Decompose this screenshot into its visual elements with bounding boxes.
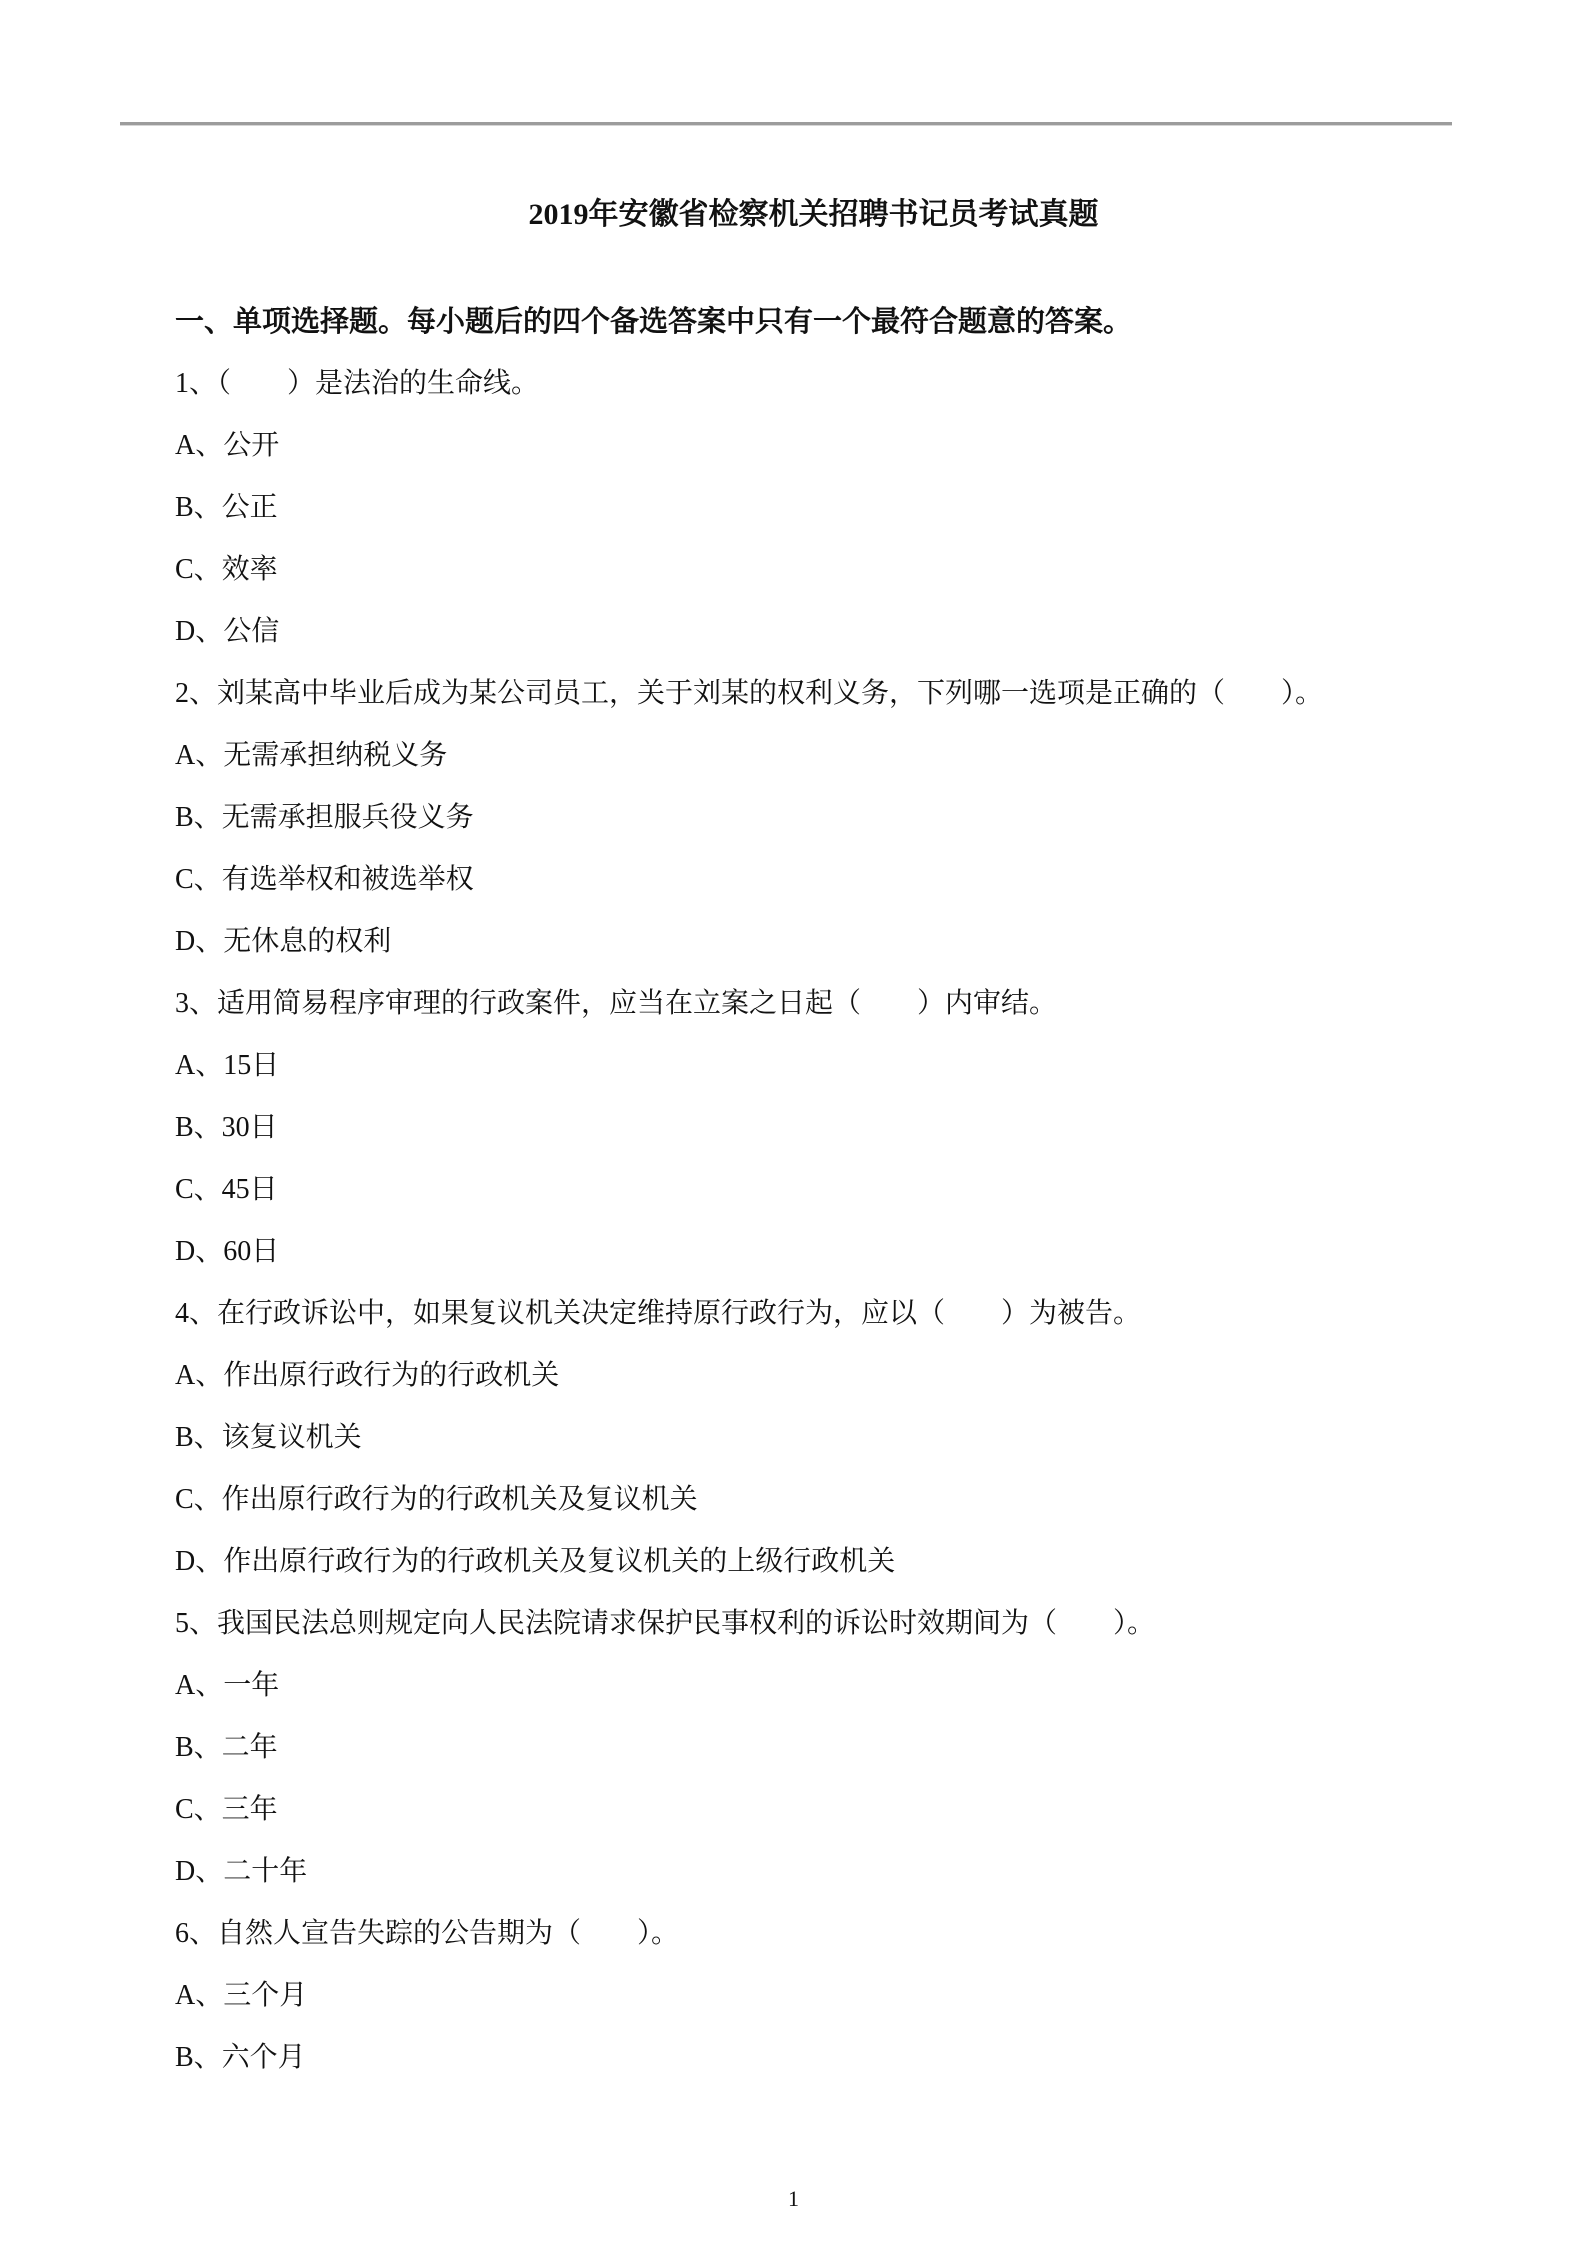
question-block: 1、（ ）是法治的生命线。A、公开B、公正C、效率D、公信 xyxy=(175,367,1452,649)
option-text: A、公开 xyxy=(175,429,1452,463)
document-page: 2019年安徽省检察机关招聘书记员考试真题 一、单项选择题。每小题后的四个备选答… xyxy=(0,0,1587,2245)
header-divider-rule xyxy=(120,122,1452,126)
option-text: D、无休息的权利 xyxy=(175,925,1452,959)
question-text: 3、适用简易程序审理的行政案件，应当在立案之日起（ ）内审结。 xyxy=(175,987,1452,1021)
option-text: B、30日 xyxy=(175,1111,1452,1145)
option-text: D、二十年 xyxy=(175,1855,1452,1889)
question-text: 2、刘某高中毕业后成为某公司员工，关于刘某的权利义务，下列哪一选项是正确的（ ）… xyxy=(175,677,1452,711)
option-text: C、三年 xyxy=(175,1793,1452,1827)
question-block: 2、刘某高中毕业后成为某公司员工，关于刘某的权利义务，下列哪一选项是正确的（ ）… xyxy=(175,677,1452,959)
option-text: A、三个月 xyxy=(175,1979,1452,2013)
option-text: C、有选举权和被选举权 xyxy=(175,863,1452,897)
document-content: 2019年安徽省检察机关招聘书记员考试真题 一、单项选择题。每小题后的四个备选答… xyxy=(0,0,1587,2075)
option-text: D、60日 xyxy=(175,1235,1452,1269)
option-text: B、无需承担服兵役义务 xyxy=(175,801,1452,835)
question-block: 4、在行政诉讼中，如果复议机关决定维持原行政行为，应以（ ）为被告。A、作出原行… xyxy=(175,1297,1452,1579)
option-text: D、作出原行政行为的行政机关及复议机关的上级行政机关 xyxy=(175,1545,1452,1579)
option-text: B、六个月 xyxy=(175,2041,1452,2075)
page-number: 1 xyxy=(0,2186,1587,2212)
option-text: A、无需承担纳税义务 xyxy=(175,739,1452,773)
question-block: 6、自然人宣告失踪的公告期为（ ）。A、三个月B、六个月 xyxy=(175,1917,1452,2075)
option-text: A、15日 xyxy=(175,1049,1452,1083)
option-text: C、效率 xyxy=(175,553,1452,587)
question-list: 1、（ ）是法治的生命线。A、公开B、公正C、效率D、公信2、刘某高中毕业后成为… xyxy=(175,367,1452,2075)
question-text: 6、自然人宣告失踪的公告期为（ ）。 xyxy=(175,1917,1452,1951)
question-text: 1、（ ）是法治的生命线。 xyxy=(175,367,1452,401)
option-text: A、一年 xyxy=(175,1669,1452,1703)
option-text: A、作出原行政行为的行政机关 xyxy=(175,1359,1452,1393)
option-text: B、二年 xyxy=(175,1731,1452,1765)
option-text: B、该复议机关 xyxy=(175,1421,1452,1455)
question-text: 4、在行政诉讼中，如果复议机关决定维持原行政行为，应以（ ）为被告。 xyxy=(175,1297,1452,1331)
option-text: C、45日 xyxy=(175,1173,1452,1207)
section-heading: 一、单项选择题。每小题后的四个备选答案中只有一个最符合题意的答案。 xyxy=(175,305,1452,339)
option-text: B、公正 xyxy=(175,491,1452,525)
option-text: C、作出原行政行为的行政机关及复议机关 xyxy=(175,1483,1452,1517)
document-title: 2019年安徽省检察机关招聘书记员考试真题 xyxy=(175,197,1452,233)
option-text: D、公信 xyxy=(175,615,1452,649)
question-block: 5、我国民法总则规定向人民法院请求保护民事权利的诉讼时效期间为（ ）。A、一年B… xyxy=(175,1607,1452,1889)
question-block: 3、适用简易程序审理的行政案件，应当在立案之日起（ ）内审结。A、15日B、30… xyxy=(175,987,1452,1269)
question-text: 5、我国民法总则规定向人民法院请求保护民事权利的诉讼时效期间为（ ）。 xyxy=(175,1607,1452,1641)
